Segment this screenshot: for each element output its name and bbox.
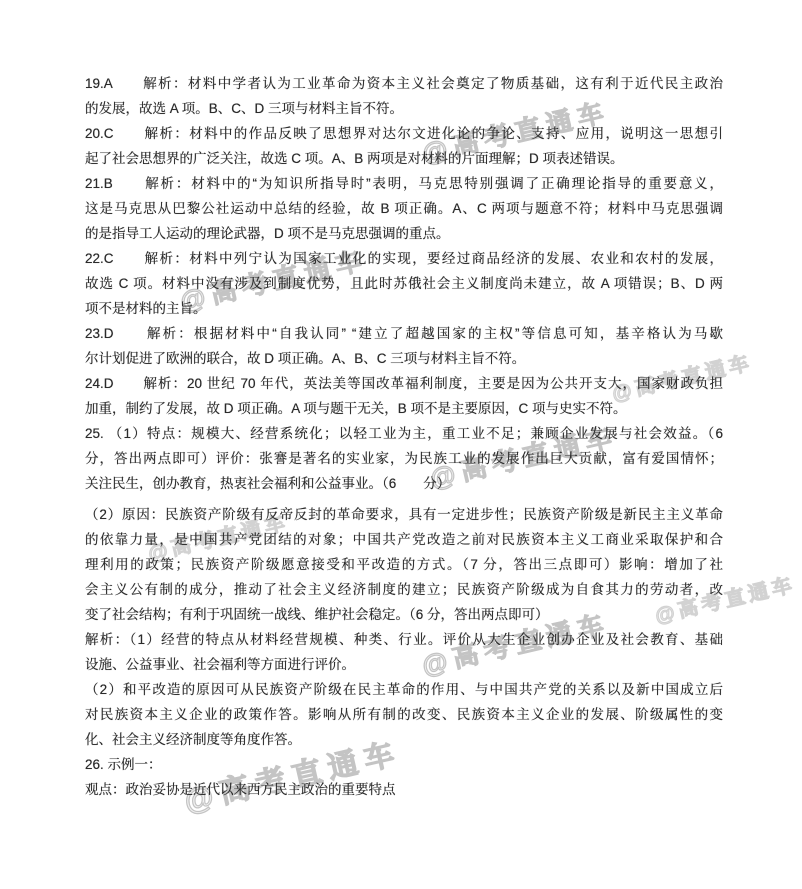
answer-line: 会主义公有制的成分，推动了社会主义经济制度的建立；民族资产阶级成为自食其力的劳动… — [85, 577, 723, 602]
answer-line: 设施、公益事业、社会福利等方面进行评价。 — [85, 652, 723, 677]
answer-line: 化、社会主义经济制度等角度作答。 — [85, 727, 723, 752]
answer-20: 20.C 解析：材料中的作品反映了思想界对达尔文进化论的争论、支持、应用，说明这… — [85, 121, 723, 171]
answer-line: 对民族资本主义企业的政策作答。影响从所有制的改变、民族资本主义企业的发展、阶级属… — [85, 702, 723, 727]
answer-line: 故选 C 项。材料中没有涉及到制度优势，且此时苏俄社会主义制度尚未建立，故 A … — [85, 271, 723, 296]
answer-26-header: 26. 示例一： — [85, 752, 723, 777]
answer-line: 解析：（1）经营的特点从材料经营规模、种类、行业。评价从大生企业创办企业及社会教… — [85, 627, 723, 652]
answer-25-part2: （2）原因：民族资产阶级有反帝反封的革命要求，具有一定进步性；民族资产阶级是新民… — [85, 502, 723, 627]
answer-line: 24.D 解析：20 世纪 70 年代，英法美等国改革福利制度，主要是因为公共开… — [85, 371, 723, 396]
answer-line: 加重，制约了发展，故 D 项正确。A 项与题干无关，B 项不是主要原因，C 项与… — [85, 396, 723, 421]
answer-25-part1: 25. （1）特点：规模大、经营系统化；以轻工业为主，重工业不足；兼顾企业发展与… — [85, 421, 723, 496]
answer-line: 尔计划促进了欧洲的联合，故 D 项正确。A、B、C 三项与材料主旨不符。 — [85, 346, 723, 371]
answer-line: 的依靠力量，是中国共产党团结的对象；中国共产党改造之前对民族资本主义工商业采取保… — [85, 527, 723, 552]
answer-line: 21.B 解析：材料中的“为知识所指导时”表明，马克思特别强调了正确理论指导的重… — [85, 171, 723, 196]
answer-line: 23.D 解析：根据材料中“自我认同” “建立了超越国家的主权”等信息可知，基辛… — [85, 321, 723, 346]
answer-line: 26. 示例一： — [85, 752, 723, 777]
answer-25-jiexi-2: （2）和平改造的原因可从民族资产阶级在民主革命的作用、与中国共产党的关系以及新中… — [85, 677, 723, 752]
answer-line: 分，答出两点即可）评价：张謇是著名的实业家，为民族工业的发展作出巨大贡献，富有爱… — [85, 446, 723, 471]
answer-line: 这是马克思从巴黎公社运动中总结的经验，故 B 项正确。A、C 两项与题意不符；材… — [85, 196, 723, 221]
answer-line: 起了社会思想界的广泛关注，故选 C 项。A、B 两项是对材料的片面理解；D 项表… — [85, 146, 723, 171]
answer-line: 的发展，故选 A 项。B、C、D 三项与材料主旨不符。 — [85, 96, 723, 121]
scanned-answer-page: @高考直通车 @高考直通车 @高考直通车 @高考直通车 @高考直通车 @高考直通… — [0, 0, 802, 889]
answer-line: 的是指导工人运动的理论武器，D 项不是马克思强调的重点。 — [85, 221, 723, 246]
answer-line: 20.C 解析：材料中的作品反映了思想界对达尔文进化论的争论、支持、应用，说明这… — [85, 121, 723, 146]
answer-line: 理利用的政策；民族资产阶级愿意接受和平改造的方式。（7 分，答出三点即可）影响：… — [85, 552, 723, 577]
answer-line: 变了社会结构；有利于巩固统一战线、维护社会稳定。（6 分，答出两点即可） — [85, 602, 723, 627]
answer-23: 23.D 解析：根据材料中“自我认同” “建立了超越国家的主权”等信息可知，基辛… — [85, 321, 723, 371]
answer-25-jiexi-1: 解析：（1）经营的特点从材料经营规模、种类、行业。评价从大生企业创办企业及社会教… — [85, 627, 723, 677]
answer-content: 19.A 解析：材料中学者认为工业革命为资本主义社会奠定了物质基础，这有利于近代… — [85, 71, 723, 802]
answer-line: 22.C 解析：材料中列宁认为国家工业化的实现，要经过商品经济的发展、农业和农村… — [85, 246, 723, 271]
answer-line: 25. （1）特点：规模大、经营系统化；以轻工业为主，重工业不足；兼顾企业发展与… — [85, 421, 723, 446]
answer-line: （2）和平改造的原因可从民族资产阶级在民主革命的作用、与中国共产党的关系以及新中… — [85, 677, 723, 702]
answer-19: 19.A 解析：材料中学者认为工业革命为资本主义社会奠定了物质基础，这有利于近代… — [85, 71, 723, 121]
answer-line: （2）原因：民族资产阶级有反帝反封的革命要求，具有一定进步性；民族资产阶级是新民… — [85, 502, 723, 527]
answer-24: 24.D 解析：20 世纪 70 年代，英法美等国改革福利制度，主要是因为公共开… — [85, 371, 723, 421]
answer-line: 19.A 解析：材料中学者认为工业革命为资本主义社会奠定了物质基础，这有利于近代… — [85, 71, 723, 96]
answer-26-viewpoint: 观点：政治妥协是近代以来西方民主政治的重要特点 — [85, 777, 723, 802]
answer-line: 项不是材料的主旨。 — [85, 296, 723, 321]
answer-21: 21.B 解析：材料中的“为知识所指导时”表明，马克思特别强调了正确理论指导的重… — [85, 171, 723, 246]
answer-22: 22.C 解析：材料中列宁认为国家工业化的实现，要经过商品经济的发展、农业和农村… — [85, 246, 723, 321]
answer-line: 观点：政治妥协是近代以来西方民主政治的重要特点 — [85, 777, 723, 802]
answer-line: 关注民生，创办教育，热衷社会福利和公益事业。（6 分） — [85, 471, 723, 496]
